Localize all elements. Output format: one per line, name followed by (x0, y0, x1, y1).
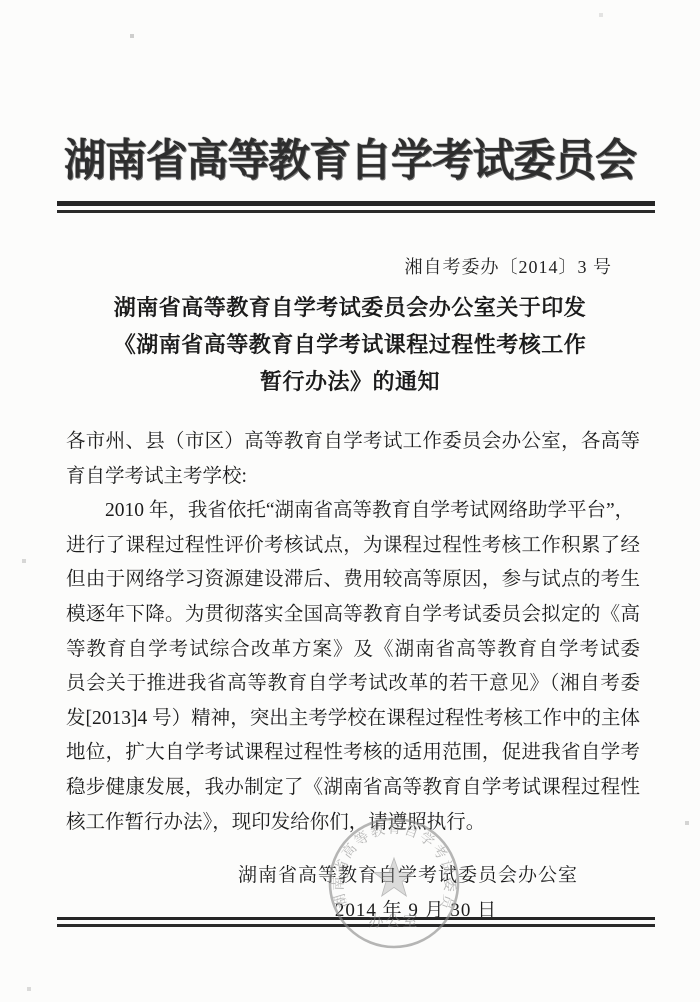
salutation-line: 育自学考试主考学校: (66, 460, 640, 495)
document-title: 湖南省高等教育自学考试委员会办公室关于印发 《湖南省高等教育自学考试课程过程性考… (62, 289, 638, 400)
document-title-line-1: 湖南省高等教育自学考试委员会办公室关于印发 (62, 289, 638, 326)
letterhead-double-rule (57, 201, 655, 213)
body-line: 发[2013]4 号）精神，突出主考学校在课程过程性考核工作中的主体 (66, 702, 640, 737)
scanned-document-page: 湖南省高等教育自学考试委员会 湘自考委办〔2014〕3 号 湖南省高等教育自学考… (0, 0, 700, 1002)
body-line: 员会关于推进我省高等教育自学考试改革的若干意见》（湘自考委 (66, 667, 640, 702)
scan-noise-specks (0, 0, 2, 2)
salutation-line: 各市州、县（市区）高等教育自学考试工作委员会办公室，各高等教 (66, 425, 640, 460)
document-number: 湘自考委办〔2014〕3 号 (0, 253, 612, 279)
body-line: 进行了课程过程性评价考核试点，为课程过程性考核工作积累了经验， (66, 529, 640, 564)
document-title-line-2: 《湖南省高等教育自学考试课程过程性考核工作 (62, 326, 638, 363)
body-line: 2010 年，我省依托“湖南省高等教育自学考试网络助学平台”， (66, 494, 640, 529)
letterhead-agency-name: 湖南省高等教育自学考试委员会 (18, 124, 683, 188)
body-line: 核工作暂行办法》，现印发给你们，请遵照执行。 (66, 806, 640, 841)
body-line: 等教育自学考试综合改革方案》及《湖南省高等教育自学考试委 (66, 633, 640, 668)
body-line: 模逐年下降。为贯彻落实全国高等教育自学考试委员会拟定的《高 (66, 598, 640, 633)
signature-organization: 湖南省高等教育自学考试委员会办公室 (116, 860, 700, 887)
document-title-line-3: 暂行办法》的通知 (62, 363, 638, 400)
body-line: 但由于网络学习资源建设滞后、费用较高等原因，参与试点的考生规 (66, 563, 640, 598)
document-body: 各市州、县（市区）高等教育自学考试工作委员会办公室，各高等教 育自学考试主考学校… (66, 425, 640, 840)
body-line: 稳步健康发展，我办制定了《湖南省高等教育自学考试课程过程性考 (66, 771, 640, 806)
body-line: 地位，扩大自学考试课程过程性考核的适用范围，促进我省自学考试 (66, 736, 640, 771)
footer-double-rule (57, 917, 655, 927)
